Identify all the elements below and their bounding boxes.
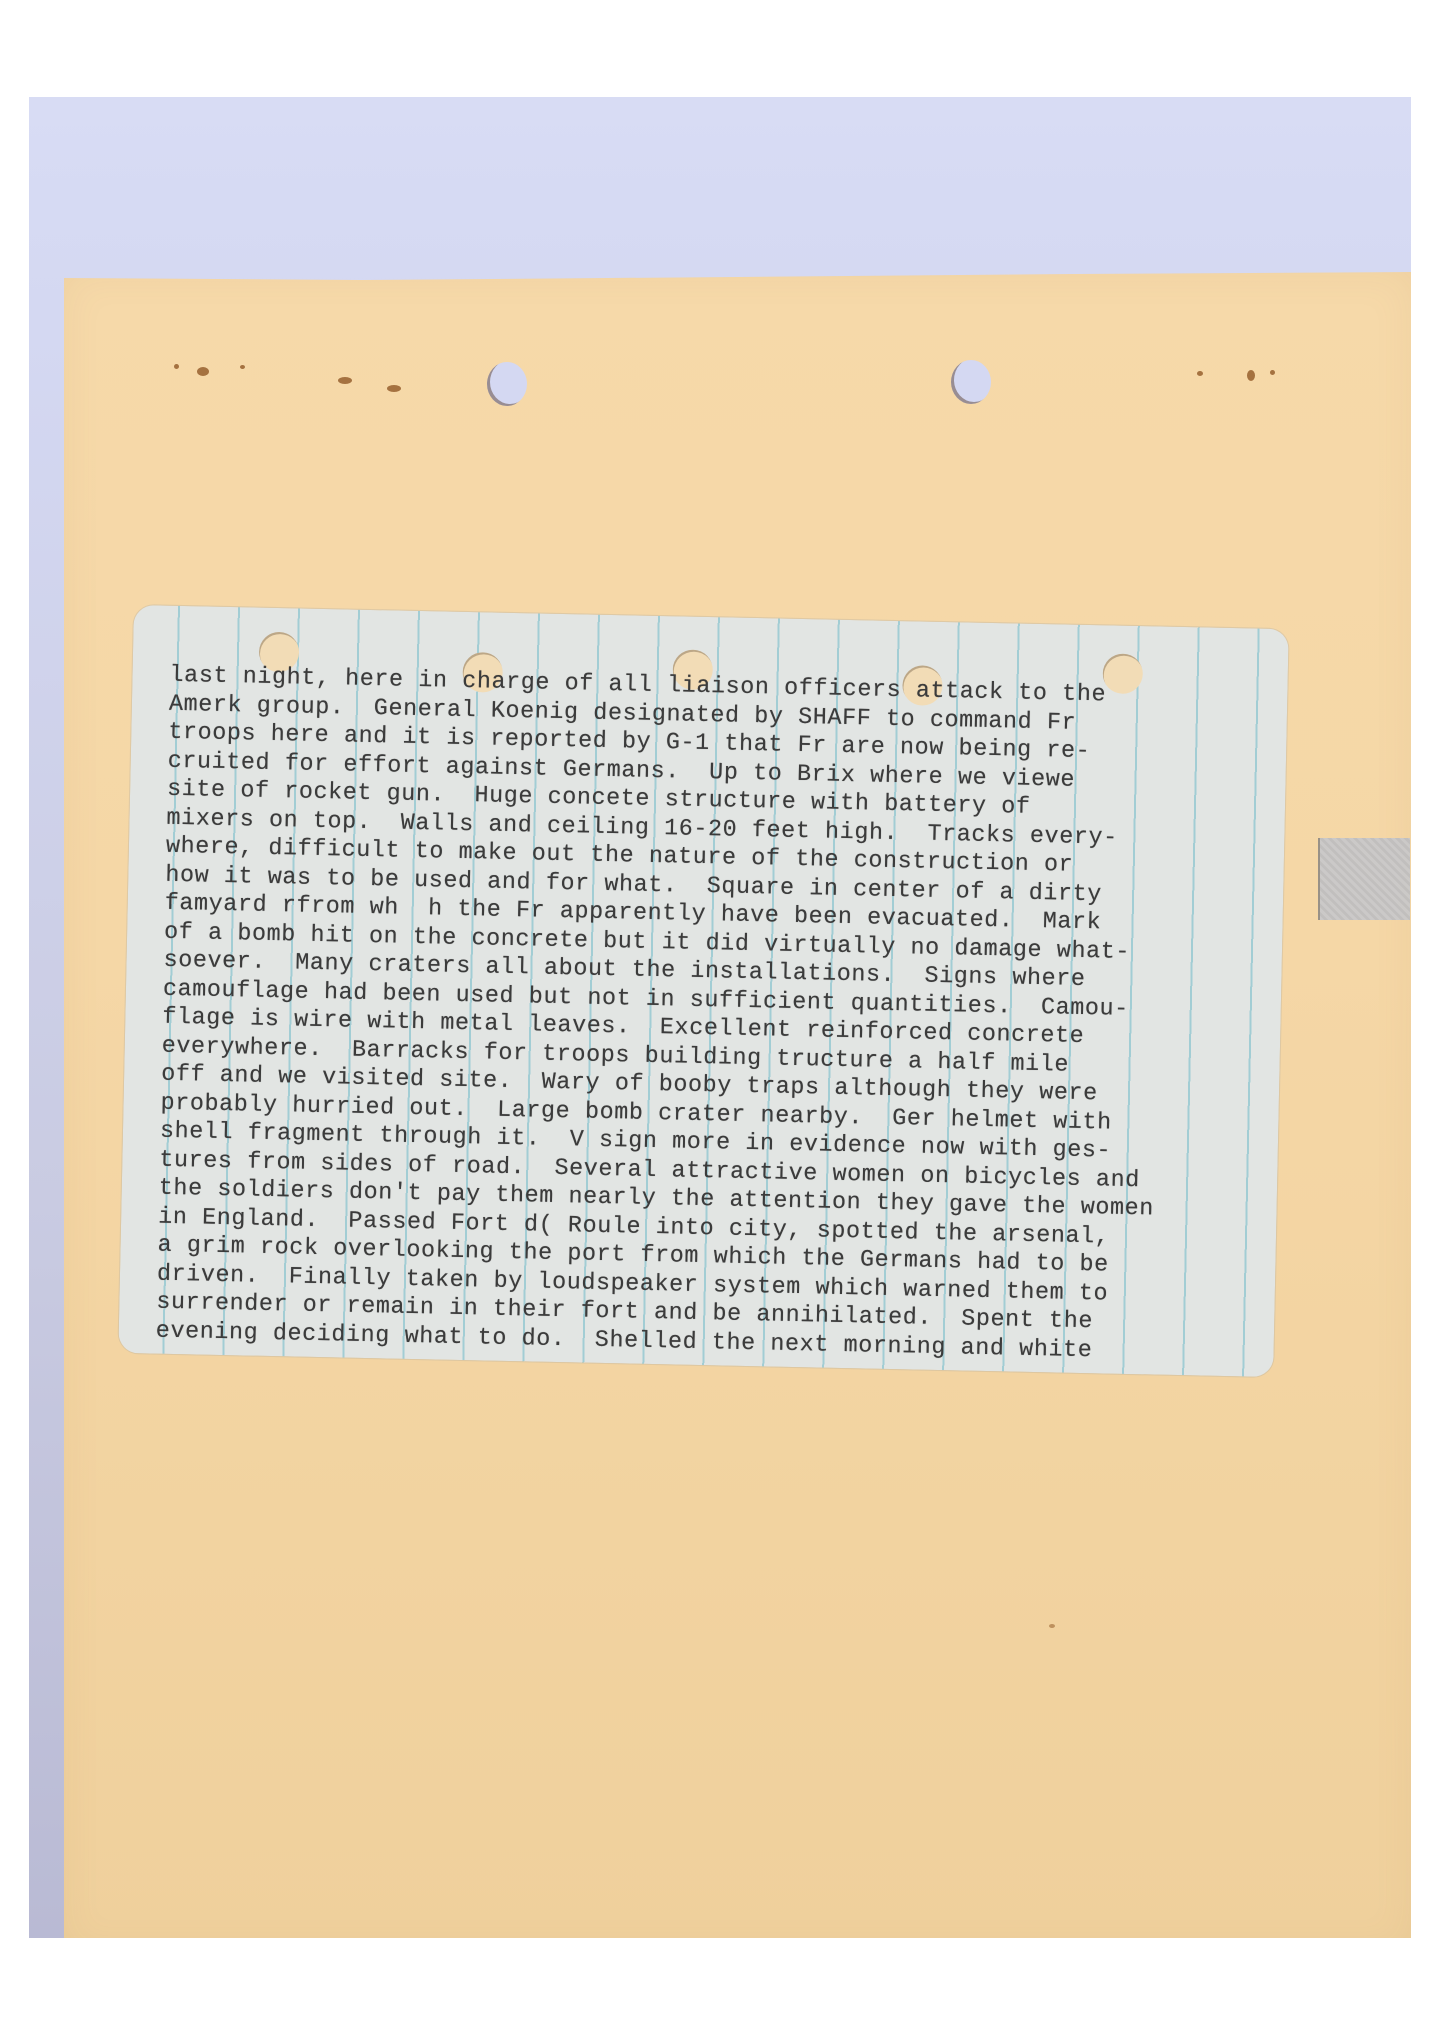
index-card: last night, here in charge of all liaiso…	[118, 605, 1288, 1377]
rust-spot	[338, 377, 352, 384]
document-photo: last night, here in charge of all liaiso…	[29, 97, 1411, 1938]
punch-hole-right	[951, 360, 991, 404]
rust-spot	[240, 365, 245, 369]
rust-spot	[174, 364, 179, 369]
typewritten-entry: last night, here in charge of all liaiso…	[155, 662, 1164, 1367]
punch-hole-left	[487, 362, 527, 406]
rust-spot	[1247, 370, 1255, 381]
grey-tape-tab	[1318, 838, 1410, 920]
rust-spot	[197, 367, 209, 376]
rust-spot	[387, 385, 401, 392]
rust-spot	[1197, 371, 1203, 376]
rust-spot	[1049, 1624, 1055, 1628]
rust-spot	[1270, 370, 1275, 375]
